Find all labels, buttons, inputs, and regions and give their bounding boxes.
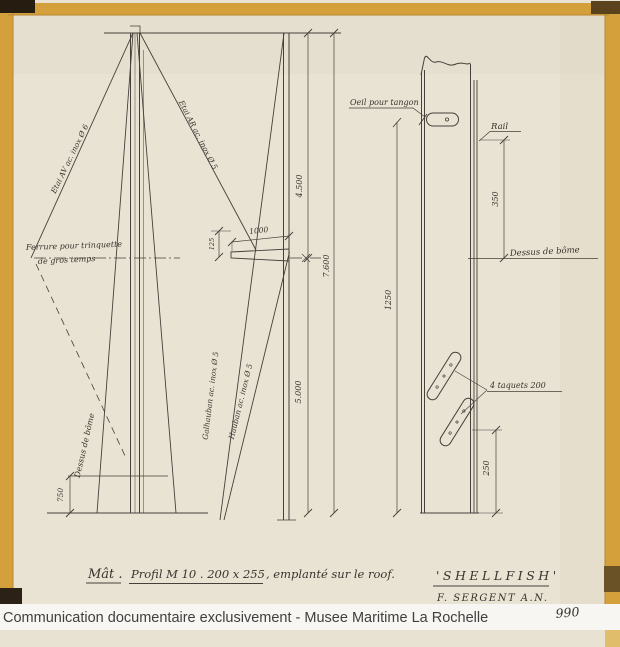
title-underlines [86,583,263,584]
boat-name: 'SHELLFISH' [436,568,560,583]
rail-label: Rail [490,122,508,132]
paper-shading-top [13,14,606,74]
dim-text-1250: 1250 [384,290,393,310]
corner-patch-top-left [0,0,35,13]
paper [0,0,620,647]
watermark-text: Communication documentaire exclusivement… [3,610,488,626]
title-subject: Mât . [87,567,123,582]
tape-border-top [8,3,609,15]
corner-patch-top-right [591,1,620,14]
architect-name: F. SERGENT A.N. [436,593,549,604]
tape-border-right [605,3,620,630]
title-profile: Profil M 10 . 200 x 255 [130,567,265,581]
dim-text-750: 750 [56,488,65,503]
paper-sheet [13,14,606,606]
pole-eye-label: Oeil pour tangon [350,98,419,107]
edge-patch-right [604,566,620,592]
dim-text-4500: 4.500 [295,175,304,199]
title-profile-rest: , emplanté sur le roof. [266,567,395,581]
scanned-mast-plan: Etai AV ac. inox Ø 6 Etai AR ac. inox Ø … [0,0,620,647]
dim-text-250: 250 [482,460,491,476]
dim-text-7600: 7.600 [322,255,331,278]
cleats-label: 4 taquets 200 [489,381,546,390]
corner-patch-bottom-left [0,588,22,606]
dim-text-350: 350 [491,191,500,206]
sheet-number: 990 [555,604,580,621]
tape-border-left [0,3,13,604]
paper-shading-right [560,14,606,606]
mast-plan-drawing: Etai AV ac. inox Ø 6 Etai AR ac. inox Ø … [0,0,620,647]
dim-text-5000: 5.000 [294,381,303,404]
tape-border-right-bottom [605,630,620,647]
dim-text-125: 125 [208,238,216,250]
watermark-band: Communication documentaire exclusivement… [0,604,620,630]
